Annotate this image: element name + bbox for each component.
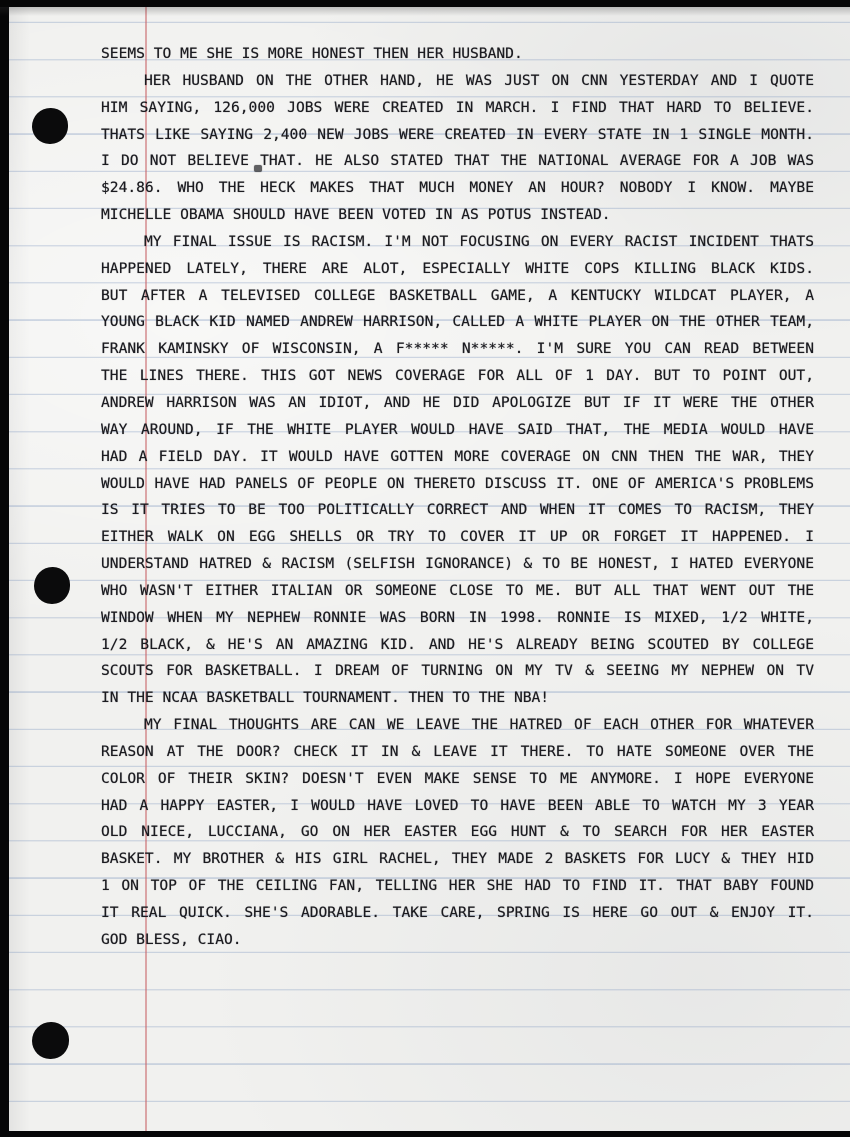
typed-line: EITHER WALK ON EGG SHELLS OR TRY TO COVE… [101, 524, 814, 551]
letter-page: SEEMS TO ME SHE IS MORE HONEST THEN HER … [0, 0, 850, 1137]
typed-line: WAY AROUND, IF THE WHITE PLAYER WOULD HA… [101, 417, 814, 444]
paragraph: MY FINAL ISSUE IS RACISM. I'M NOT FOCUSI… [101, 229, 814, 712]
typed-line: THATS LIKE SAYING 2,400 NEW JOBS WERE CR… [101, 122, 814, 149]
scan-edge-left [0, 0, 9, 1137]
typed-line: 1/2 BLACK, & HE'S AN AMAZING KID. AND HE… [101, 632, 814, 659]
typed-line: WINDOW WHEN MY NEPHEW RONNIE WAS BORN IN… [101, 605, 814, 632]
paragraph: MY FINAL THOUGHTS ARE CAN WE LEAVE THE H… [101, 712, 814, 954]
paragraph: SEEMS TO ME SHE IS MORE HONEST THEN HER … [101, 41, 814, 68]
typed-line: 1 ON TOP OF THE CEILING FAN, TELLING HER… [101, 873, 814, 900]
typed-line: SCOUTS FOR BASKETBALL. I DREAM OF TURNIN… [101, 658, 814, 685]
typed-line: THE LINES THERE. THIS GOT NEWS COVERAGE … [101, 363, 814, 390]
typed-line: $24.86. WHO THE HECK MAKES THAT MUCH MON… [101, 175, 814, 202]
typed-line: IT REAL QUICK. SHE'S ADORABLE. TAKE CARE… [101, 900, 814, 927]
typed-line: BUT AFTER A TELEVISED COLLEGE BASKETBALL… [101, 283, 814, 310]
typed-line: OLD NIECE, LUCCIANA, GO ON HER EASTER EG… [101, 819, 814, 846]
typed-line: WOULD HAVE HAD PANELS OF PEOPLE ON THERE… [101, 471, 814, 498]
typed-line: ANDREW HARRISON WAS AN IDIOT, AND HE DID… [101, 390, 814, 417]
typed-line: HAD A HAPPY EASTER, I WOULD HAVE LOVED T… [101, 793, 814, 820]
typed-line: MY FINAL THOUGHTS ARE CAN WE LEAVE THE H… [101, 712, 814, 739]
typed-line: HAPPENED LATELY, THERE ARE ALOT, ESPECIA… [101, 256, 814, 283]
typed-line: MICHELLE OBAMA SHOULD HAVE BEEN VOTED IN… [101, 202, 814, 229]
paragraph: HER HUSBAND ON THE OTHER HAND, HE WAS JU… [101, 68, 814, 229]
typed-line: HAD A FIELD DAY. IT WOULD HAVE GOTTEN MO… [101, 444, 814, 471]
typed-line: HER HUSBAND ON THE OTHER HAND, HE WAS JU… [101, 68, 814, 95]
correction-smudge [254, 165, 262, 172]
typed-line: IS IT TRIES TO BE TOO POLITICALLY CORREC… [101, 497, 814, 524]
typed-line: MY FINAL ISSUE IS RACISM. I'M NOT FOCUSI… [101, 229, 814, 256]
typed-line: WHO WASN'T EITHER ITALIAN OR SOMEONE CLO… [101, 578, 814, 605]
scan-edge-top [0, 0, 850, 7]
typed-line: UNDERSTAND HATRED & RACISM (SELFISH IGNO… [101, 551, 814, 578]
typed-letter-body: SEEMS TO ME SHE IS MORE HONEST THEN HER … [101, 41, 814, 954]
typed-line: COLOR OF THEIR SKIN? DOESN'T EVEN MAKE S… [101, 766, 814, 793]
hole-punch-top [32, 108, 68, 144]
typed-line: SEEMS TO ME SHE IS MORE HONEST THEN HER … [101, 41, 814, 68]
typed-line: REASON AT THE DOOR? CHECK IT IN & LEAVE … [101, 739, 814, 766]
scan-edge-top-shadow [0, 7, 850, 16]
typed-line: GOD BLESS, CIAO. [101, 927, 814, 954]
typed-line: I DO NOT BELIEVE THAT. HE ALSO STATED TH… [101, 148, 814, 175]
scan-edge-bottom [0, 1131, 850, 1137]
typed-line: IN THE NCAA BASKETBALL TOURNAMENT. THEN … [101, 685, 814, 712]
hole-punch-bottom [32, 1022, 69, 1059]
typed-line: FRANK KAMINSKY OF WISCONSIN, A F***** N*… [101, 336, 814, 363]
typed-line: BASKET. MY BROTHER & HIS GIRL RACHEL, TH… [101, 846, 814, 873]
hole-punch-middle [34, 567, 70, 604]
typed-line: YOUNG BLACK KID NAMED ANDREW HARRISON, C… [101, 309, 814, 336]
typed-line: HIM SAYING, 126,000 JOBS WERE CREATED IN… [101, 95, 814, 122]
